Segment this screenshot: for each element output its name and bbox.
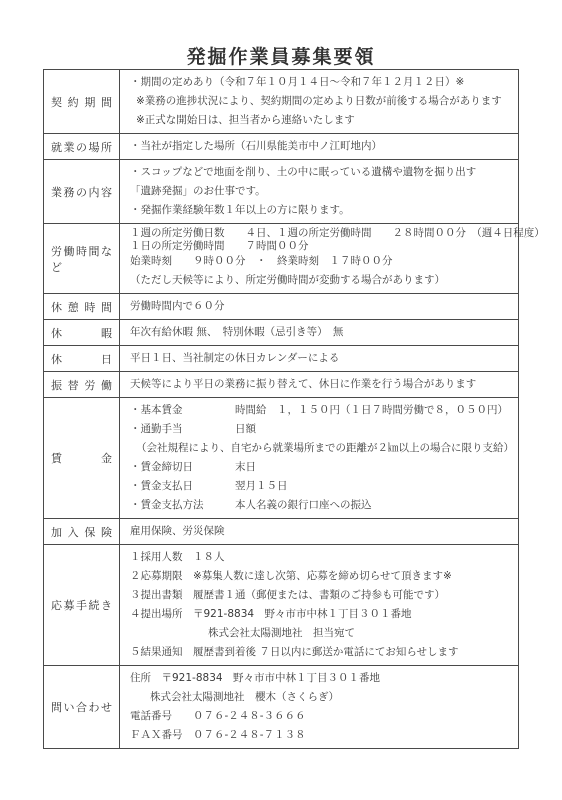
row-label-text: 問い合わせ	[51, 699, 112, 715]
content-line: 平日１日、当社制定の休日カレンダーによる	[130, 349, 514, 368]
table-row: 休憩時間労働時間内で６０分	[44, 294, 518, 320]
content-line: １週の所定労働日数 ４日、１週の所定労働時間 ２８時間００分 （週４日程度）	[130, 227, 545, 240]
row-label-text: 契約期間	[51, 94, 112, 110]
line-item-value: 末日	[235, 461, 256, 473]
table-row: 問い合わせ住所 〒921-8834 野々市市中林１丁目３０１番地株式会社太陽測地…	[44, 666, 518, 748]
content-line: 雇用保険、労災保険	[130, 522, 514, 541]
line-item-label: ・賃金支払方法	[130, 496, 235, 515]
content-line: ２応募期限 ※募集人数に達し次第、応募を締め切らせて頂きます※	[130, 567, 514, 586]
content-line: ５結果通知 履歴書到着後 ７日以内に郵送か電話にてお知らせします	[130, 643, 514, 662]
row-label: 労働時間など	[44, 224, 120, 293]
content-line: ・基本賃金時間給 １，１５０円（１日７時間労働で８，０５０円）	[130, 401, 514, 420]
row-content: 天候等により平日の業務に振り替えて、休日に作業を行う場合があります	[120, 372, 518, 397]
table-row: 休日平日１日、当社制定の休日カレンダーによる	[44, 346, 518, 372]
row-label: 応募手続き	[44, 545, 120, 665]
page-title: 発掘作業員募集要領	[0, 42, 562, 69]
row-content: １採用人数 １８人２応募期限 ※募集人数に達し次第、応募を締め切らせて頂きます※…	[120, 545, 518, 665]
content-line: （ただし天候等により、所定労働時間が変動する場合があります）	[130, 271, 545, 290]
line-item-label: ・賃金締切日	[130, 458, 235, 477]
row-label-text: 就業の場所	[51, 139, 112, 155]
row-label: 休暇	[44, 320, 120, 345]
row-label-text: 労働時間など	[51, 243, 112, 275]
row-label: 就業の場所	[44, 134, 120, 159]
line-item-label: ・賃金支払日	[130, 477, 235, 496]
table-row: 業務の内容・スコップなどで地面を削り、土の中に眠っている遺構や遺物を掘り出す「遺…	[44, 160, 518, 224]
row-content: ・当社が指定した場所（石川県能美市中ノ江町地内）	[120, 134, 518, 159]
content-line: 「遺跡発掘」のお仕事です。	[130, 182, 514, 201]
line-item-value: 翌月１５日	[235, 480, 288, 492]
content-line: ＦＡＸ番号 ０７６-２４８-７１３８	[130, 726, 514, 745]
line-item-value: 時間給 １，１５０円（１日７時間労働で８，０５０円）	[235, 404, 508, 416]
row-content: ・スコップなどで地面を削り、土の中に眠っている遺構や遺物を掘り出す「遺跡発掘」の…	[120, 160, 518, 223]
content-line: 住所 〒921-8834 野々市市中林１丁目３０１番地	[130, 669, 514, 688]
table-row: 加入保険雇用保険、労災保険	[44, 519, 518, 545]
row-label: 賃金	[44, 398, 120, 518]
row-content: ・基本賃金時間給 １，１５０円（１日７時間労働で８，０５０円）・通勤手当日額（会…	[120, 398, 518, 518]
row-label-text: 休日	[51, 351, 112, 367]
content-line: ４提出場所 〒921-8834 野々市市中林１丁目３０１番地	[130, 605, 514, 624]
line-item-label: ・通勤手当	[130, 420, 235, 439]
content-line: 天候等により平日の業務に振り替えて、休日に作業を行う場合があります	[130, 375, 514, 394]
content-line: ・賃金支払日翌月１５日	[130, 477, 514, 496]
content-line: ・発掘作業経験年数１年以上の方に限ります。	[130, 201, 514, 220]
row-content: 労働時間内で６０分	[120, 294, 518, 319]
row-label-text: 休憩時間	[51, 299, 112, 315]
content-line: ※業務の進捗状況により、契約期間の定めより日数が前後する場合があります	[130, 92, 514, 111]
table-row: 労働時間など１週の所定労働日数 ４日、１週の所定労働時間 ２８時間００分 （週４…	[44, 224, 518, 294]
row-content: 平日１日、当社制定の休日カレンダーによる	[120, 346, 518, 371]
row-label: 業務の内容	[44, 160, 120, 223]
table-row: 就業の場所・当社が指定した場所（石川県能美市中ノ江町地内）	[44, 134, 518, 160]
line-item-value: 本人名義の銀行口座への振込	[235, 499, 372, 511]
content-line: 株式会社太陽測地社 櫻木（さくらぎ）	[130, 688, 514, 707]
row-label: 問い合わせ	[44, 666, 120, 748]
row-label: 休憩時間	[44, 294, 120, 319]
row-label: 加入保険	[44, 519, 120, 544]
row-label: 契約期間	[44, 70, 120, 133]
row-label-text: 休暇	[51, 325, 112, 341]
row-label-text: 業務の内容	[51, 184, 112, 200]
content-line: ・期間の定めあり（令和７年１０月１４日～令和７年１２月１２日）※	[130, 73, 514, 92]
row-label-text: 賃金	[51, 450, 112, 466]
document-page: 発掘作業員募集要領 契約期間・期間の定めあり（令和７年１０月１４日～令和７年１２…	[0, 0, 562, 800]
content-line: ・当社が指定した場所（石川県能美市中ノ江町地内）	[130, 137, 514, 156]
content-line: 労働時間内で６０分	[130, 297, 514, 316]
content-line: １採用人数 １８人	[130, 548, 514, 567]
recruitment-table: 契約期間・期間の定めあり（令和７年１０月１４日～令和７年１２月１２日）※※業務の…	[43, 69, 519, 749]
content-line: （会社規程により、自宅から就業場所までの距離が２㎞以上の場合に限り支給）	[130, 439, 514, 458]
content-line: 始業時刻 ９時００分 ・ 終業時刻 １７時００分	[130, 252, 545, 271]
content-line: 年次有給休暇 無、 特別休暇（忌引き等） 無	[130, 323, 514, 342]
content-line: １日の所定労働時間 ７時間００分	[130, 240, 545, 253]
row-content: 雇用保険、労災保険	[120, 519, 518, 544]
row-label-text: 振替労働	[51, 377, 112, 393]
row-content: ・期間の定めあり（令和７年１０月１４日～令和７年１２月１２日）※※業務の進捗状況…	[120, 70, 518, 133]
content-line: ・賃金締切日末日	[130, 458, 514, 477]
content-line: ※正式な開始日は、担当者から連絡いたします	[130, 111, 514, 130]
row-content: 年次有給休暇 無、 特別休暇（忌引き等） 無	[120, 320, 518, 345]
content-line: 電話番号 ０７６-２４８-３６６６	[130, 707, 514, 726]
table-row: 応募手続き１採用人数 １８人２応募期限 ※募集人数に達し次第、応募を締め切らせて…	[44, 545, 518, 666]
line-item-value: 日額	[235, 423, 256, 435]
content-line: ・通勤手当日額	[130, 420, 514, 439]
row-content: １週の所定労働日数 ４日、１週の所定労働時間 ２８時間００分 （週４日程度）１日…	[120, 224, 549, 293]
content-line: ・スコップなどで地面を削り、土の中に眠っている遺構や遺物を掘り出す	[130, 163, 514, 182]
content-line: 株式会社太陽測地社 担当宛て	[130, 624, 514, 643]
content-line: ３提出書類 履歴書１通（郵便または、書類のご持参も可能です）	[130, 586, 514, 605]
table-row: 休暇年次有給休暇 無、 特別休暇（忌引き等） 無	[44, 320, 518, 346]
line-item-label: ・基本賃金	[130, 401, 235, 420]
row-label: 振替労働	[44, 372, 120, 397]
row-label-text: 加入保険	[51, 524, 112, 540]
table-row: 賃金・基本賃金時間給 １，１５０円（１日７時間労働で８，０５０円）・通勤手当日額…	[44, 398, 518, 519]
row-label: 休日	[44, 346, 120, 371]
row-content: 住所 〒921-8834 野々市市中林１丁目３０１番地株式会社太陽測地社 櫻木（…	[120, 666, 518, 748]
row-label-text: 応募手続き	[51, 597, 112, 613]
table-row: 契約期間・期間の定めあり（令和７年１０月１４日～令和７年１２月１２日）※※業務の…	[44, 70, 518, 134]
content-line: ・賃金支払方法本人名義の銀行口座への振込	[130, 496, 514, 515]
table-row: 振替労働天候等により平日の業務に振り替えて、休日に作業を行う場合があります	[44, 372, 518, 398]
